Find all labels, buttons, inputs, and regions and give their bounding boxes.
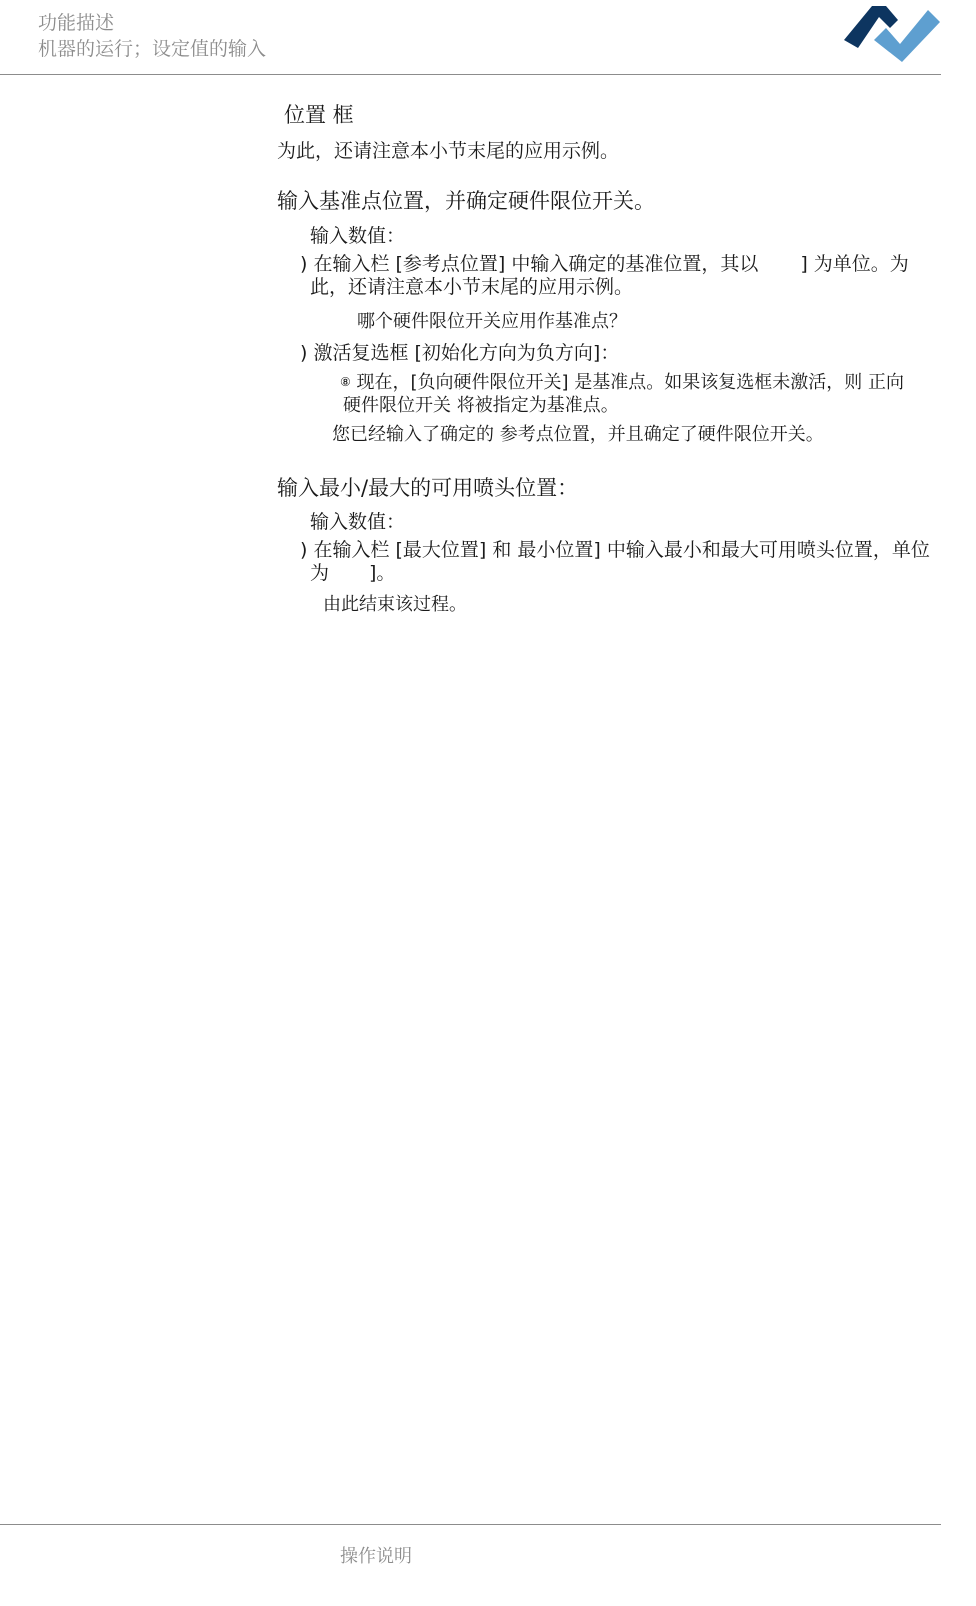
section2-step1-line1: ) 在输入栏 [最大位置] 和 最小位置] 中输入最小和最大可用喷头位置，单位 — [300, 539, 930, 562]
section1-step1-line1: ) 在输入栏 [参考点位置] 中输入确定的基准位置，其以] 为单位。为 — [300, 253, 909, 276]
section2-enter-values: 输入数值： — [310, 511, 405, 534]
step1-unit-b: ]。 — [369, 562, 395, 584]
section1-result-line1: ⑧ 现在，[负向硬件限位开关] 是基准点。如果该复选框未激活，则 正向 — [340, 371, 904, 394]
box-title: 位置 框 — [284, 104, 354, 127]
section-subtitle: 机器的运行；设定值的输入 — [38, 36, 266, 62]
header-divider — [0, 74, 941, 75]
section2-end: 由此结束该过程。 — [323, 593, 467, 616]
section1-result-line2: 硬件限位开关 将被指定为基准点。 — [343, 394, 619, 417]
chapter-title: 功能描述 — [38, 10, 114, 36]
intro-text: 为此，还请注意本小节末尾的应用示例。 — [277, 140, 619, 163]
result-arrow-icon: ⑧ — [340, 375, 351, 389]
step1-text-a: ) 在输入栏 [参考点位置] 中输入确定的基准位置，其以 — [300, 253, 758, 275]
section1-summary: 您已经输入了确定的 参考点位置，并且确定了硬件限位开关。 — [332, 423, 824, 446]
section1-step2: ) 激活复选框 [初始化方向为负方向]： — [300, 342, 619, 365]
result-text-1: 现在，[负向硬件限位开关] 是基准点。如果该复选框未激活，则 正向 — [357, 372, 905, 393]
step1-unit-a: 为 — [310, 562, 329, 584]
section1-question: 哪个硬件限位开关应用作基准点？ — [357, 310, 627, 333]
footer-text: 操作说明 — [340, 1542, 412, 1568]
section1-step1-line2: 此，还请注意本小节末尾的应用示例。 — [310, 276, 633, 299]
section1-enter-values: 输入数值： — [310, 225, 405, 248]
footer-divider — [0, 1524, 941, 1525]
section2-step1-line2: 为]。 — [310, 562, 395, 585]
step1-text-b: ] 为单位。为 — [800, 253, 908, 275]
section1-heading: 输入基准点位置，并确定硬件限位开关。 — [277, 190, 655, 213]
company-logo-icon — [842, 0, 942, 64]
section2-heading: 输入最小/最大的可用喷头位置： — [277, 477, 578, 500]
